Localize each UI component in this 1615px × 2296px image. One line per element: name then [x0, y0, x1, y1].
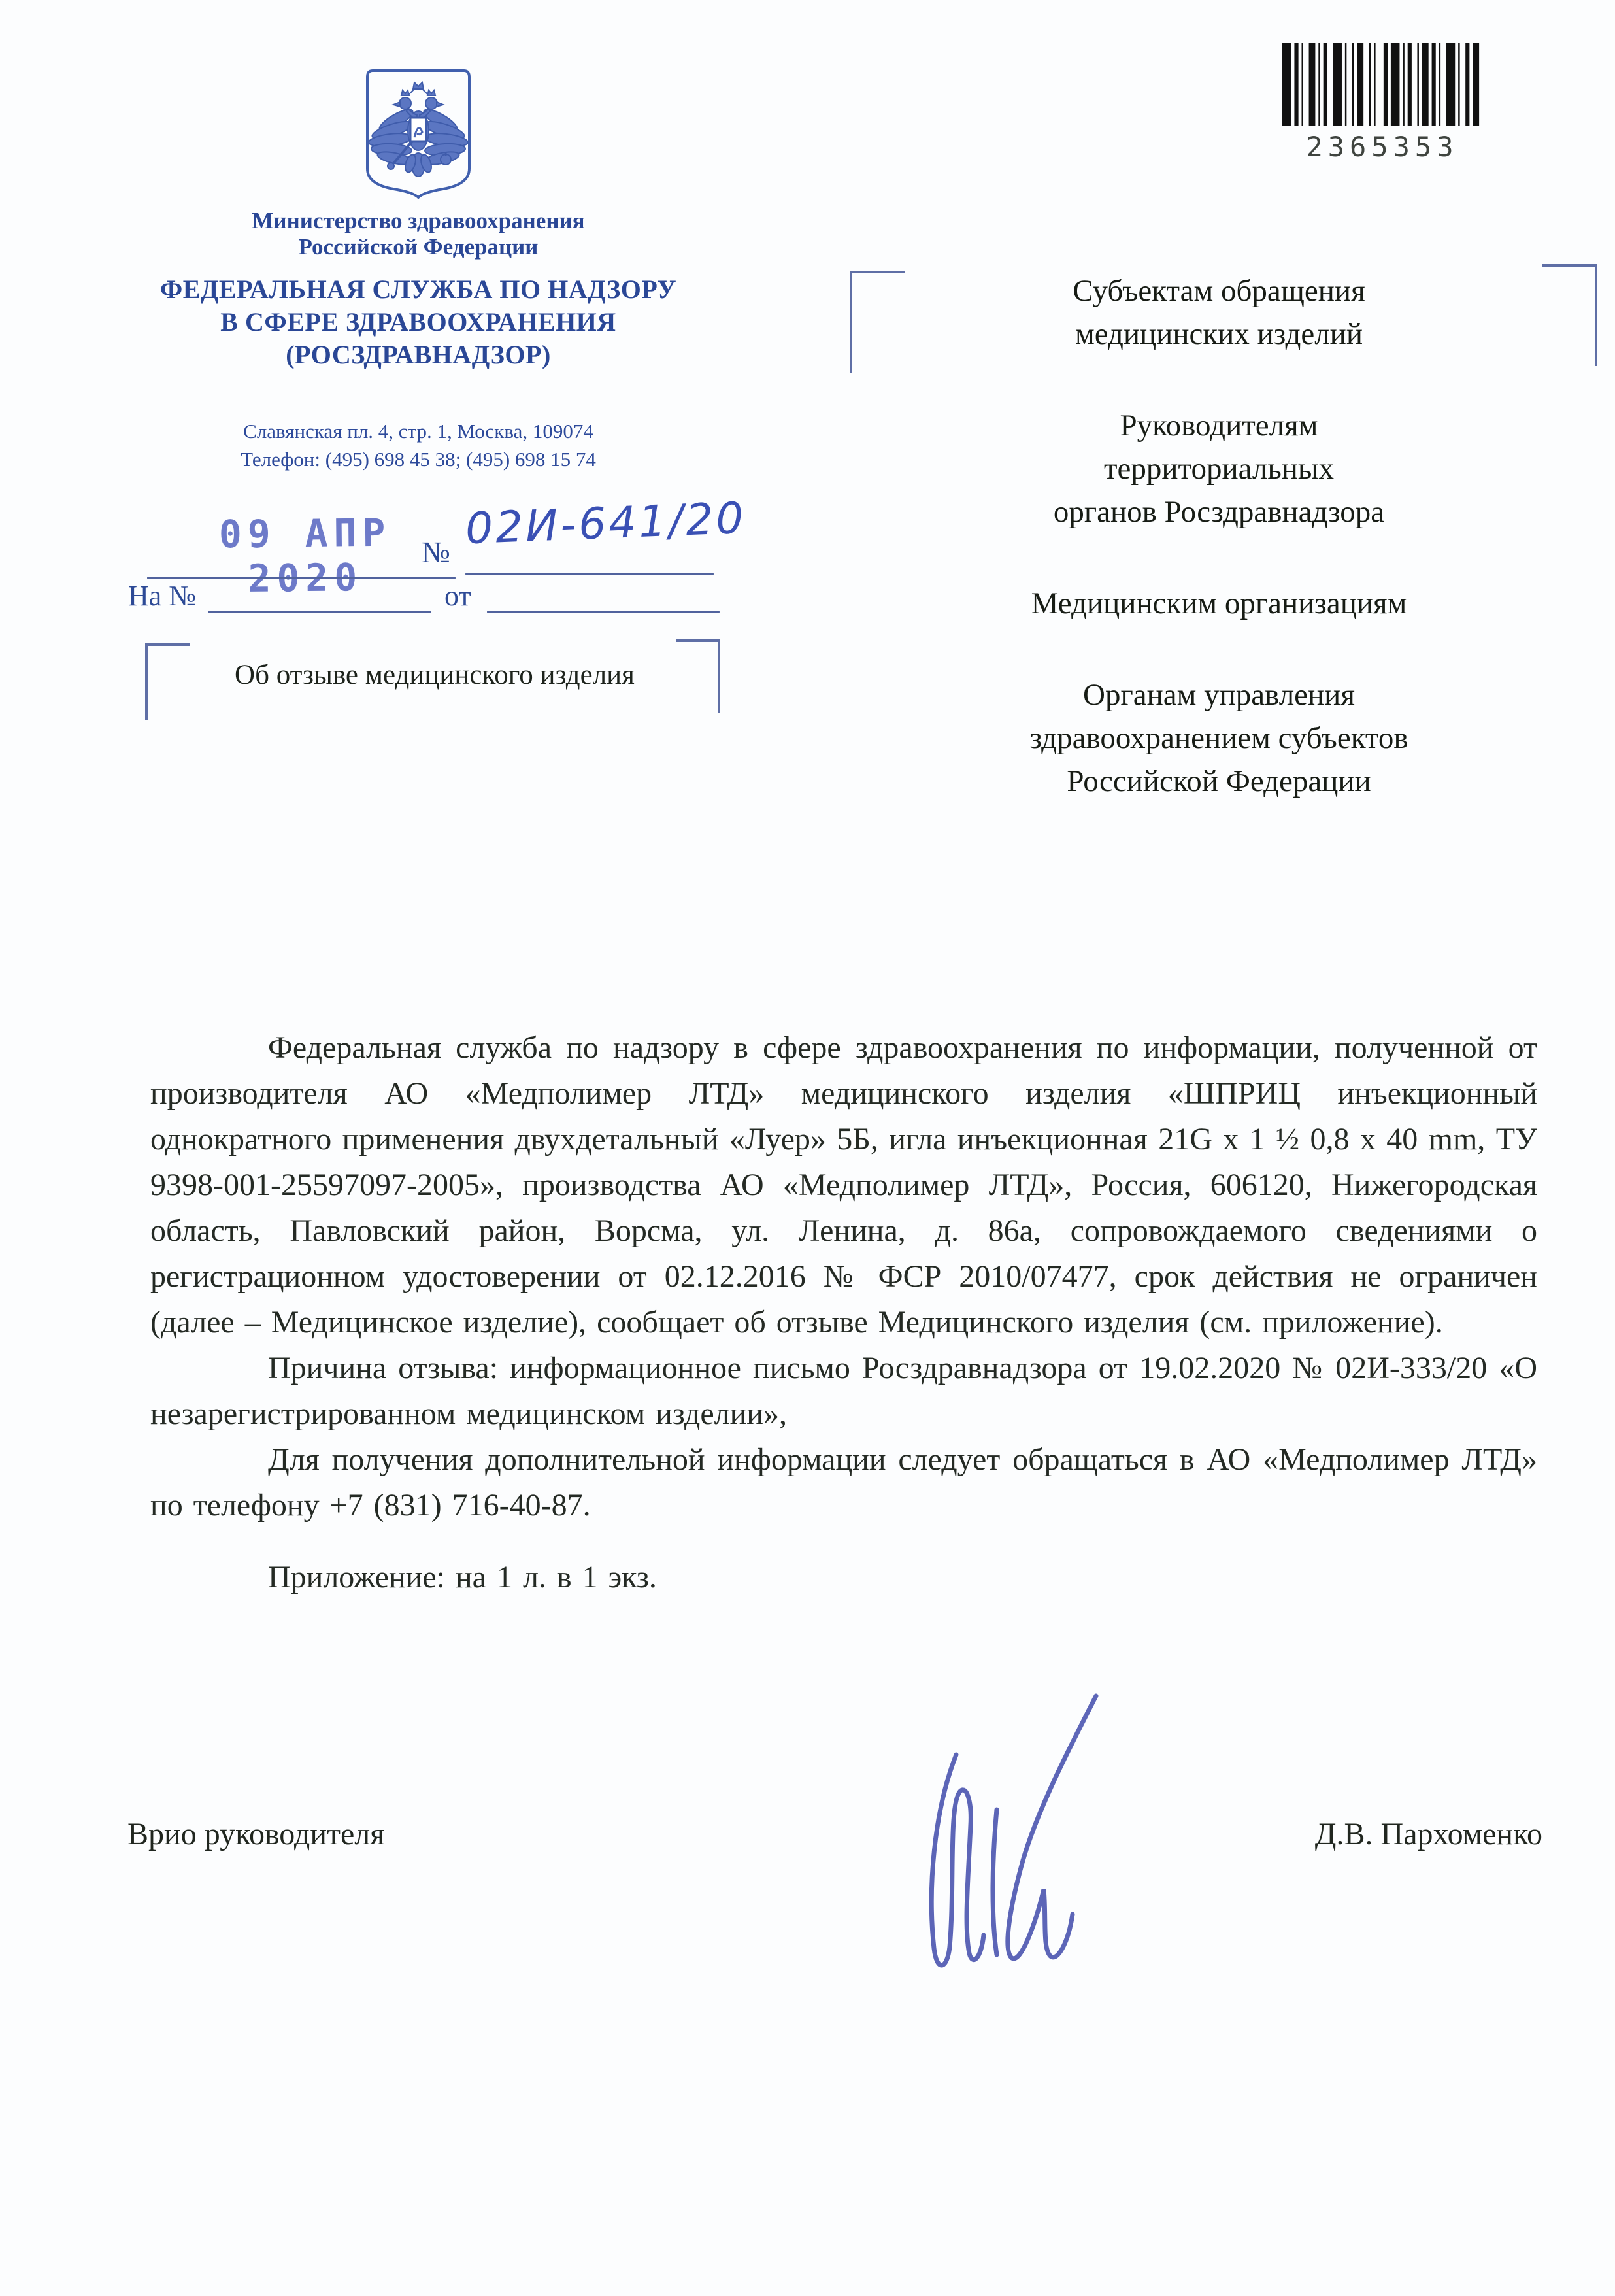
service-name-line1: ФЕДЕРАЛЬНАЯ СЛУЖБА ПО НАДЗОРУ: [98, 273, 739, 306]
barcode-number: 2365353: [1282, 131, 1482, 163]
letterhead: Министерство здравоохранения Российской …: [98, 65, 739, 473]
body-paragraph-1: Федеральная служба по надзору в сфере зд…: [150, 1025, 1537, 1345]
ministry-name-line2: Российской Федерации: [98, 234, 739, 260]
reply-to-number-label: На №: [128, 579, 196, 613]
reply-date-underline: [487, 611, 720, 613]
signature-row: Врио руководителя Д.В. Пархоменко: [127, 1816, 1542, 1852]
service-name-line3: (РОСЗДРАВНАДЗОР): [98, 339, 739, 371]
recipient-group: Руководителямтерриториальныхорганов Росз…: [843, 404, 1595, 533]
number-underline: [465, 573, 714, 575]
body-paragraph-2: Причина отзыва: информационное письмо Ро…: [150, 1345, 1537, 1437]
attachment-note: Приложение: на 1 л. в 1 экз.: [150, 1555, 1537, 1600]
postal-address: Славянская пл. 4, стр. 1, Москва, 109074: [98, 417, 739, 445]
service-name-line2: В СФЕРЕ ЗДРАВООХРАНЕНИЯ: [98, 306, 739, 339]
barcode-bars-icon: [1282, 43, 1482, 126]
document-subject: Об отзыве медицинского изделия: [147, 659, 722, 691]
signer-position-title: Врио руководителя: [127, 1816, 384, 1852]
service-name: ФЕДЕРАЛЬНАЯ СЛУЖБА ПО НАДЗОРУ В СФЕРЕ ЗД…: [98, 273, 739, 371]
phone-numbers: Телефон: (495) 698 45 38; (495) 698 15 7…: [98, 445, 739, 473]
recipient-group: Медицинским организациям: [843, 582, 1595, 625]
reply-from-label: от: [444, 579, 471, 613]
letter-body: Федеральная служба по надзору в сфере зд…: [150, 1025, 1537, 1600]
document-barcode: 2365353: [1282, 43, 1482, 163]
body-paragraph-3: Для получения дополнительной информации …: [150, 1437, 1537, 1528]
number-sign-label: №: [422, 535, 450, 569]
ministry-name-line1: Министерство здравоохранения: [98, 208, 739, 234]
contact-block: Славянская пл. 4, стр. 1, Москва, 109074…: [98, 417, 739, 473]
reply-number-underline: [208, 611, 431, 613]
recipient-group: Субъектам обращениямедицинских изделий: [843, 269, 1595, 356]
scanned-letter-page: Министерство здравоохранения Российской …: [0, 0, 1615, 2296]
recipient-group: Органам управленияздравоохранением субъе…: [843, 673, 1595, 803]
coat-of-arms-icon: [362, 65, 475, 199]
recipients-list: Субъектам обращениямедицинских изделийРу…: [843, 269, 1595, 851]
signer-name: Д.В. Пархоменко: [1315, 1816, 1542, 1852]
incoming-date-stamp: 09 АПР 2020: [151, 510, 459, 602]
outgoing-number-handwritten: 02И-641/20: [465, 493, 748, 554]
